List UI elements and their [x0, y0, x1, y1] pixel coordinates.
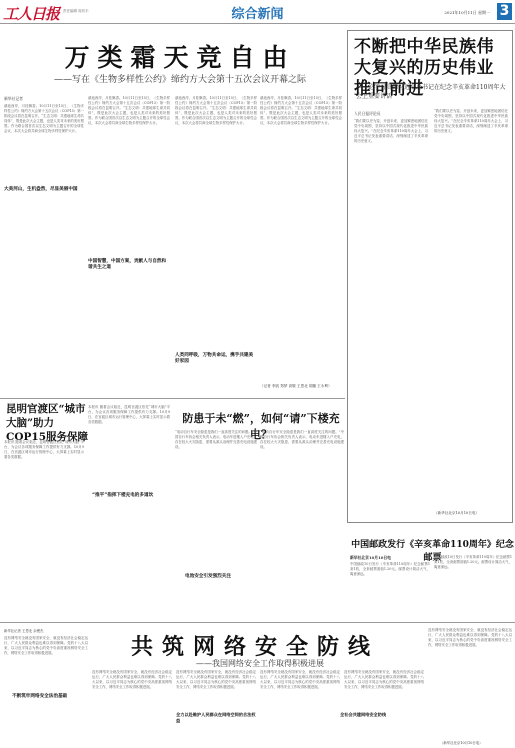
stamp-byline: 新华社北京10月10日电	[350, 555, 430, 561]
divider	[0, 398, 345, 399]
lead-column-3: 滇池西岸，月桂飘香。10月11日至15日，《生物多样性公约》缔约方大会第十五次会…	[175, 96, 257, 396]
cyber-column-6: 没有网络安全就没有国家安全，就没有经济社会稳定运行，广大人民群众利益也难以得到保…	[428, 628, 512, 738]
cyber-column-3: 没有网络安全就没有国家安全，就没有经济社会稳定运行，广大人民群众利益也难以得到保…	[176, 670, 256, 748]
kunming-subhead: “推平”指挥下楼充电的多道坎	[92, 492, 172, 498]
commentary-box: 不断把中华民族伟大复兴的历史伟业推向前进 ——论学习贯彻习近平总书记在纪念辛亥革…	[347, 30, 513, 523]
lead-column-1: 滇池西岸，月桂飘香。10月11日至15日，《生物多样性公约》缔约方大会第十五次会…	[4, 104, 84, 394]
lead-headline: 万类霜天竞自由	[60, 38, 300, 74]
cyber-column-2: 没有网络安全就没有国家安全，就没有经济社会稳定运行，广大人民群众利益也难以得到保…	[92, 670, 172, 748]
issue-date: 2021年10月11日 星期一	[444, 10, 490, 16]
cyber-column-1: 没有网络安全就没有国家安全，就没有经济社会稳定运行，广大人民群众利益也难以得到保…	[4, 636, 88, 748]
page-number: 3	[497, 3, 512, 20]
cyber-column-4: 没有网络安全就没有国家安全，就没有经济社会稳定运行，广大人民群众利益也难以得到保…	[260, 670, 340, 748]
divider	[0, 622, 515, 623]
charging-column-1: “电动自行车安全隐患是我们一直高度关注的问题。”中国自行车协会相关负责人表示，电…	[175, 430, 257, 590]
lead-subhead-1: 大美河山，生机盎然，尽显美丽中国	[4, 186, 86, 192]
cyber-column-5: 没有网络安全就没有国家安全，就没有经济社会稳定运行，广大人民群众利益也难以得到保…	[344, 670, 424, 748]
commentary-column-1: “我们要以史为鉴、开创未来，更加紧密地团结在党中央周围，坚持以中国式现代化推进中…	[354, 119, 428, 517]
lead-subhead-2: 中国智慧，中国方案，贡献人与自然和谐共生之道	[88, 258, 170, 270]
cyber-subhead-1: 不断筑牢网络安全法治基础	[12, 693, 90, 699]
cyber-subheadline: ——我国网络安全工作取得积极进展	[140, 658, 380, 669]
lead-byline: 新华社记者	[4, 96, 23, 102]
lead-end-note: （记者 李凯 郑梦 高敬 王思北 胡璐 王永利）	[260, 384, 342, 389]
commentary-column-2: “我们要以史为鉴、开创未来，更加紧密地团结在党中央周围，坚持以中国式现代化推进中…	[434, 109, 508, 504]
lead-subhead-3: 人类同呼吸，万物共命运，携手共建美好家园	[175, 352, 257, 364]
commentary-subheadline: ——论学习贯彻习近平总书记在纪念辛亥革命110周年大会上重要讲话	[356, 83, 506, 101]
masthead: 工人日报 责任编辑 周有丰 综合新闻 2021年10月11日 星期一 3	[0, 0, 515, 24]
lead-subheadline: ——写在《生物多样性公约》缔约方大会第十五次会议开幕之际	[20, 72, 340, 85]
cyber-source: （新华社北京10月10日电）	[440, 740, 483, 745]
lead-column-2: 滇池西岸，月桂飘香。10月11日至15日，《生物多样性公约》缔约方大会第十五次会…	[88, 96, 170, 396]
section-title: 综合新闻	[0, 3, 515, 22]
stamp-column-2: 中国邮政10日发行《辛亥革命110周年》纪念邮票1套1枚，全套邮票面值1.20元…	[434, 555, 512, 618]
kunming-headline: 昆明官渡区“城市大脑”助力COP15服务保障	[6, 402, 94, 444]
lead-column-4: 滇池西岸，月桂飘香。10月11日至15日，《生物多样性公约》缔约方大会第十五次会…	[260, 96, 342, 386]
cyber-headline: 共筑网络安全防线	[90, 630, 420, 661]
commentary-byline: 人民日报评论员	[354, 111, 381, 117]
cyber-subhead-2: 全力以赴维护人民群众在网络空间的合法权益	[176, 712, 256, 724]
kunming-body: 本报讯 随着会议临近，昆明官渡区依托“城市大脑”平台，为会议各项服务保障工作提供…	[4, 440, 84, 590]
charging-subhead: 电池安全引发强烈关注	[185, 573, 260, 579]
cyber-byline: 新华社记者 王思北 余俊杰	[4, 628, 43, 633]
commentary-source: （新华社北京10月10日电）	[434, 511, 479, 516]
stamp-column-1: 中国邮政10日发行《辛亥革命110周年》纪念邮票1套1枚，全套邮票面值1.20元…	[350, 562, 430, 618]
charging-column-2: “电动自行车安全隐患是我们一直高度关注的问题。”中国自行车协会相关负责人表示，电…	[260, 430, 344, 620]
